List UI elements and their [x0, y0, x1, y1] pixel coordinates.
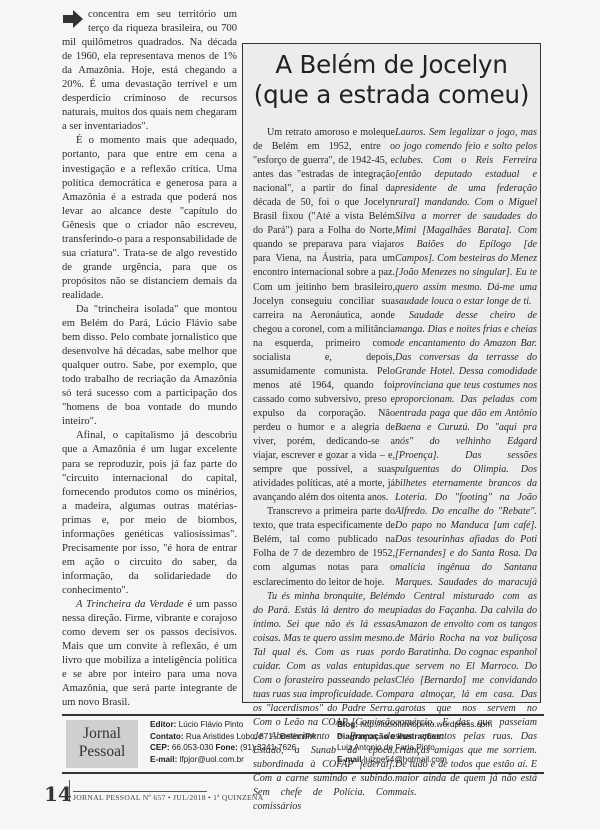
email-line: E-mail: lfpjor@uol.com.br — [150, 754, 316, 766]
value: Rua Aristides Lobo, 871 - Belém/PA — [184, 732, 316, 741]
quoted-paragraph: Lauros. Sem legalizar o jogo, mas o jogo… — [395, 126, 537, 309]
blog-link[interactable]: http://lucioflaviopinto.wordpress.com — [358, 720, 492, 729]
article-box: A Belém de Jocelyn (que a estrada comeu)… — [242, 43, 541, 703]
paragraph: concentra em seu território um terço da … — [62, 8, 237, 134]
contact-info: Editor: Lúcio Flávio Pinto Contato: Rua … — [150, 719, 316, 765]
paragraph: Da "trincheira isolada" que montou em Be… — [62, 303, 237, 429]
page-number: 14 — [44, 782, 72, 806]
label: Editor: — [150, 720, 176, 729]
blog-line: Blog: http://lucioflaviopinto.wordpress.… — [337, 719, 492, 731]
article-column-1: Um retrato amoroso e moleque de Belém em… — [253, 126, 395, 814]
label: CEP: — [150, 743, 170, 752]
title-line-1: A Belém de Jocelyn — [243, 50, 540, 80]
paragraph: Um retrato amoroso e moleque de Belém em… — [253, 126, 395, 505]
paragraph: A Trincheira da Verdade é um passo nessa… — [62, 598, 237, 710]
running-footer: JORNAL PESSOAL Nº 657 • JUL/2018 • 1ª QU… — [73, 791, 207, 802]
quoted-paragraph: Tu és minha bronquite, Belém do Pará. Es… — [253, 590, 395, 815]
diagramacao-label: Diagramação e ilustrações: — [337, 731, 492, 743]
credits-info: Blog: http://lucioflaviopinto.wordpress.… — [337, 719, 492, 765]
label: Contato: — [150, 732, 184, 741]
value: (91) 3241-7626 — [238, 743, 296, 752]
title-line-2: (que a estrada comeu) — [243, 80, 540, 110]
value: Lúcio Flávio Pinto — [176, 720, 243, 729]
paragraph: É o momento mais que adequado, portanto,… — [62, 134, 237, 303]
designer-name: Luiz Antonio de Faria Pinto — [337, 742, 492, 754]
label: Diagramação e ilustrações: — [337, 732, 444, 741]
paragraph-text: é um passo nessa direção. Firme, vibrant… — [62, 599, 237, 708]
value: 66.053-030 — [170, 743, 216, 752]
cep-fone-line: CEP: 66.053-030 Fone: (91) 3241-7626 — [150, 742, 316, 754]
left-column: concentra em seu território um terço da … — [62, 8, 237, 710]
article-column-2: Lauros. Sem legalizar o jogo, mas o jogo… — [395, 126, 537, 800]
editor-line: Editor: Lúcio Flávio Pinto — [150, 719, 316, 731]
email-link[interactable]: luizpe54@hotmail.com — [362, 755, 447, 764]
jornal-pessoal-logo: Jornal Pessoal — [66, 720, 138, 768]
paragraph: Afinal, o capitalismo já descobriu que a… — [62, 429, 237, 598]
label: Fone: — [216, 743, 238, 752]
masthead-footer: Jornal Pessoal Editor: Lúcio Flávio Pint… — [62, 714, 544, 774]
paragraph: Transcrevo a primeira parte do texto, qu… — [253, 505, 395, 589]
logo-line-1: Jornal — [66, 725, 138, 743]
contato-line: Contato: Rua Aristides Lobo, 871 - Belém… — [150, 731, 316, 743]
logo-line-2: Pessoal — [66, 743, 138, 761]
divider — [69, 780, 70, 802]
email2-line: E-mail luizpe54@hotmail.com — [337, 754, 492, 766]
label: Blog: — [337, 720, 358, 729]
email-link[interactable]: lfpjor@uol.com.br — [177, 755, 244, 764]
label: E-mail: — [150, 755, 177, 764]
arrow-right-icon — [62, 10, 84, 28]
article-title: A Belém de Jocelyn (que a estrada comeu) — [243, 50, 540, 110]
label: E-mail — [337, 755, 362, 764]
book-title: A Trincheira da Verdade — [76, 599, 184, 610]
